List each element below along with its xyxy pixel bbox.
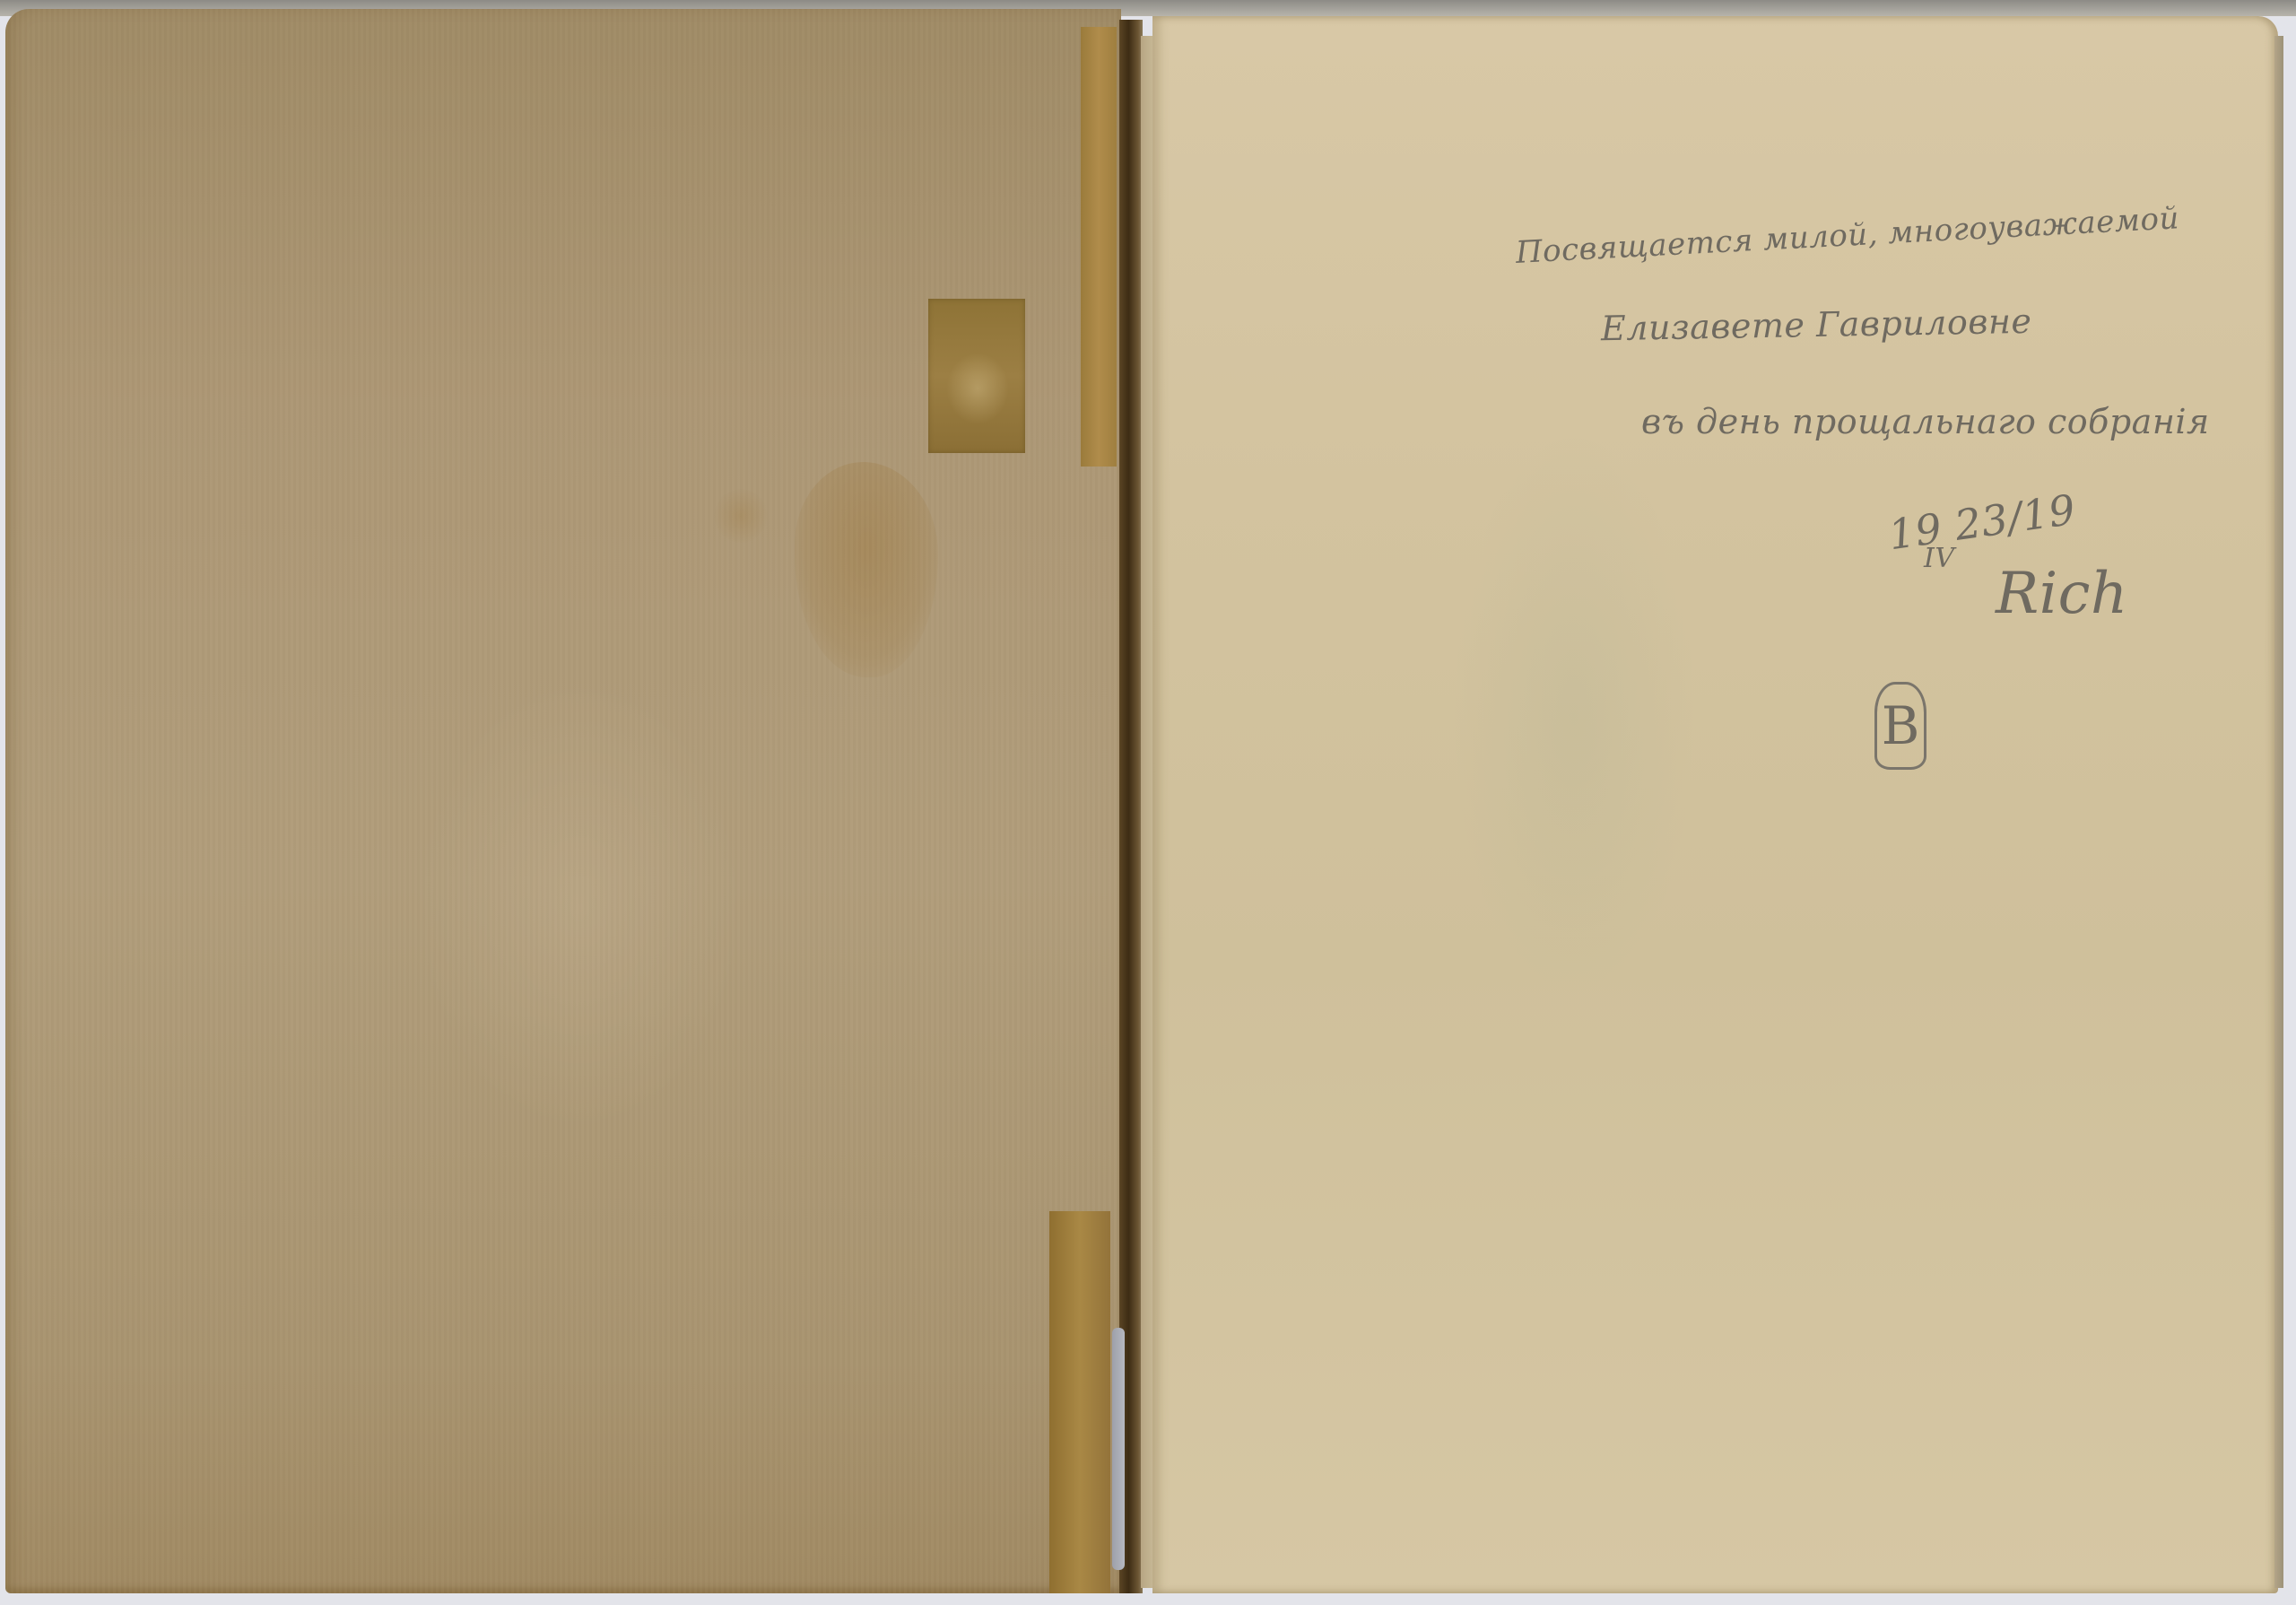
tape-strip-bottom [1049, 1211, 1110, 1593]
water-stain-large [795, 462, 938, 677]
signature: Rich [1996, 561, 2128, 627]
inscription-line-3: въ день прощальнаго собранія [1641, 402, 2210, 441]
inscription-line-2: Елизавете Гавриловне [1601, 301, 2032, 348]
inscription-month: IV [1924, 543, 1955, 574]
page-edge [2274, 36, 2283, 1588]
spine-gap [1112, 1328, 1125, 1570]
left-inside-cover [5, 9, 1121, 1593]
tape-strip-top [1081, 27, 1117, 467]
monogram-mark: В [1874, 682, 1926, 770]
water-stain-small [714, 489, 768, 543]
tape-patch [928, 299, 1025, 453]
